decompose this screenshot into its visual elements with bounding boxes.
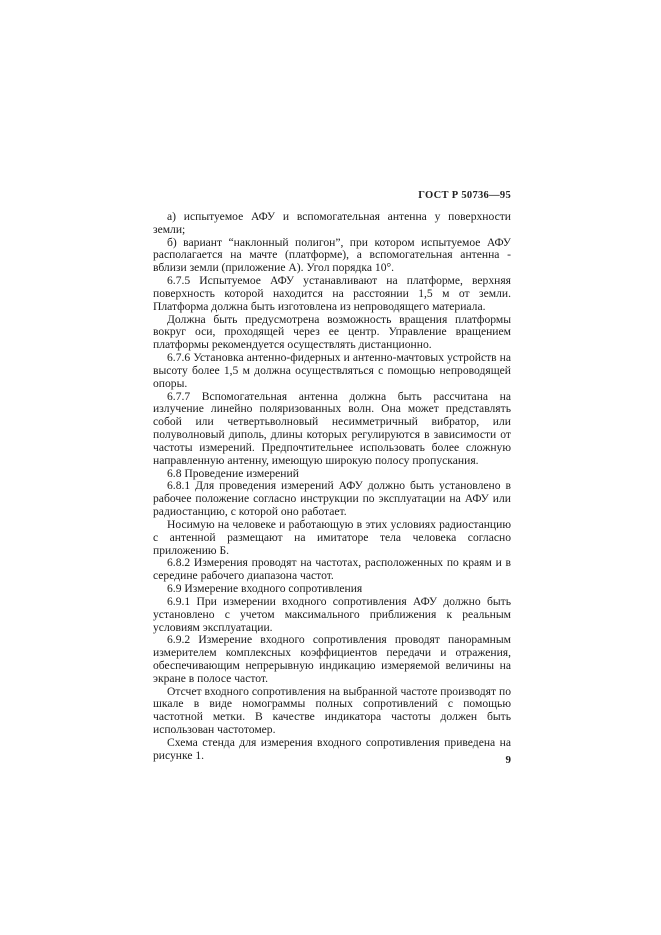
paragraph-6-7-6: 6.7.6 Установка антенно-фидерных и антен… [153,352,511,390]
section-heading-6-9: 6.9 Измерение входного сопротивления [153,583,511,596]
paragraph-6-9-1: 6.9.1 При измерении входного сопротивлен… [153,596,511,634]
standard-header: ГОСТ Р 50736—95 [380,190,511,201]
paragraph-6-7-7: 6.7.7 Вспомогательная антенна должна быт… [153,391,511,468]
paragraph-6-7-5: 6.7.5 Испытуемое АФУ устанавливают на пл… [153,275,511,313]
paragraph-6-9-2: 6.9.2 Измерение входного сопротивления п… [153,634,511,685]
paragraph-6-8-1-continued: Носимую на человеке и работающую в этих … [153,519,511,557]
paragraph-item-a: а) испытуемое АФУ и вспомогательная анте… [153,211,511,237]
document-page: ГОСТ Р 50736—95 а) испытуемое АФУ и вспо… [0,0,661,935]
paragraph-6-9-2-continued-2: Схема стенда для измерения входного сопр… [153,737,511,763]
scan-speck [342,372,344,374]
body-text: а) испытуемое АФУ и вспомогательная анте… [153,211,511,763]
paragraph-6-9-2-continued-1: Отсчет входного сопротивления на выбранн… [153,686,511,737]
paragraph-6-7-5-continued: Должна быть предусмотрена возможность вр… [153,314,511,352]
paragraph-item-b: б) вариант “наклонный полигон”, при кото… [153,237,511,275]
paragraph-6-8-2: 6.8.2 Измерения проводят на частотах, ра… [153,557,511,583]
paragraph-6-8-1: 6.8.1 Для проведения измерений АФУ должн… [153,480,511,518]
page-number: 9 [480,754,511,766]
